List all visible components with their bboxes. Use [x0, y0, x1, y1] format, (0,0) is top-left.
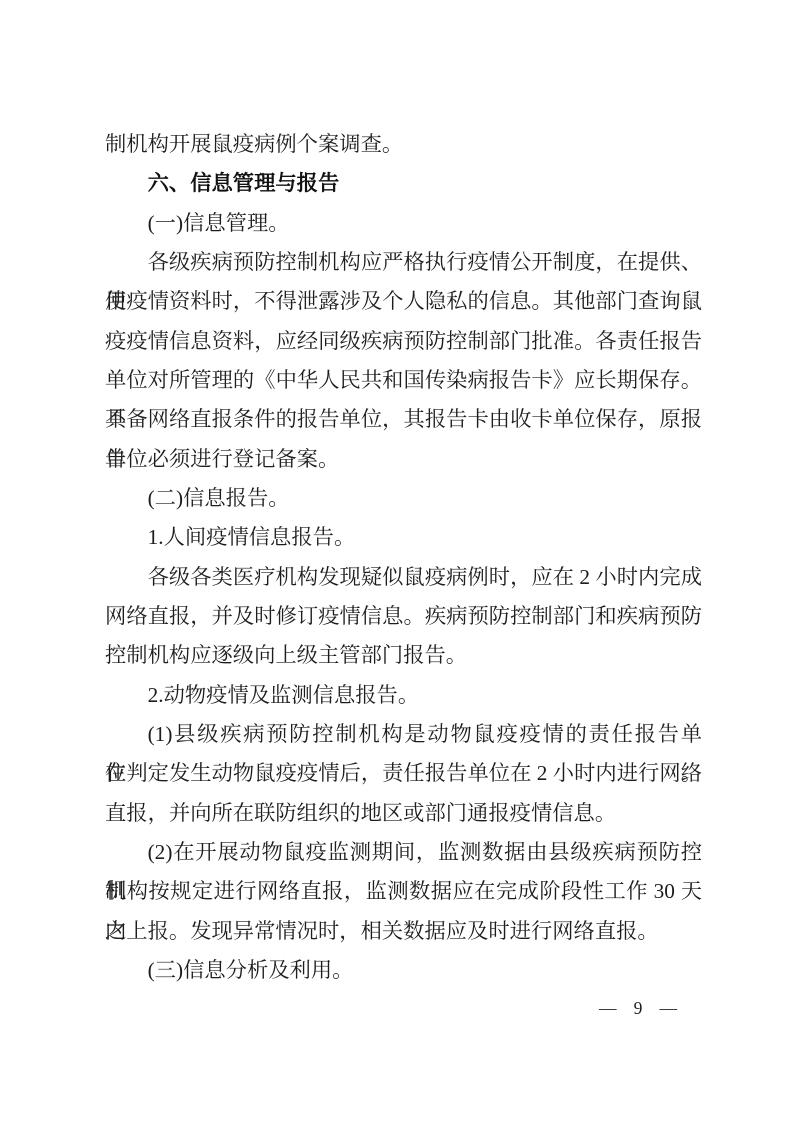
text-line: (2)在开展动物鼠疫监测期间，监测数据由县级疾病预防控制: [105, 833, 702, 872]
text-line: 2.动物疫情及监测信息报告。: [105, 676, 702, 715]
text-line: 具备网络直报条件的报告单位，其报告卡由收卡单位保存，原报告: [105, 400, 702, 439]
text-line: (一)信息管理。: [105, 204, 702, 243]
text-line: 单位对所管理的《中华人民共和国传染病报告卡》应长期保存。不: [105, 361, 702, 400]
text-line: 1.人间疫情信息报告。: [105, 518, 702, 557]
text-line: 用疫情资料时，不得泄露涉及个人隐私的信息。其他部门查询鼠: [105, 282, 702, 321]
text-line: 机构按规定进行网络直报，监测数据应在完成阶段性工作 30 天之: [105, 872, 702, 911]
text-line: 各级疾病预防控制机构应严格执行疫情公开制度，在提供、使: [105, 243, 702, 282]
section-heading: 六、信息管理与报告: [105, 164, 702, 203]
document-page: 制机构开展鼠疫病例个案调查。六、信息管理与报告(一)信息管理。各级疾病预防控制机…: [0, 0, 794, 1123]
text-line: 网络直报，并及时修订疫情信息。疾病预防控制部门和疾病预防: [105, 597, 702, 636]
text-line: 在判定发生动物鼠疫疫情后，责任报告单位在 2 小时内进行网络: [105, 754, 702, 793]
page-number: 9: [634, 998, 643, 1019]
text-line: 直报，并向所在联防组织的地区或部门通报疫情信息。: [105, 794, 702, 833]
text-line: 内上报。发现异常情况时，相关数据应及时进行网络直报。: [105, 912, 702, 951]
text-line: (三)信息分析及利用。: [105, 951, 702, 990]
document-body: 制机构开展鼠疫病例个案调查。六、信息管理与报告(一)信息管理。各级疾病预防控制机…: [105, 125, 702, 990]
text-line: 制机构开展鼠疫病例个案调查。: [105, 125, 702, 164]
footer-dash-left: —: [599, 998, 617, 1019]
text-line: 疫疫情信息资料，应经同级疾病预防控制部门批准。各责任报告: [105, 322, 702, 361]
text-line: 控制机构应逐级向上级主管部门报告。: [105, 636, 702, 675]
text-line: 各级各类医疗机构发现疑似鼠疫病例时，应在 2 小时内完成: [105, 558, 702, 597]
footer-dash-right: —: [660, 998, 678, 1019]
text-line: 单位必须进行登记备案。: [105, 440, 702, 479]
text-line: (二)信息报告。: [105, 479, 702, 518]
text-line: (1)县级疾病预防控制机构是动物鼠疫疫情的责任报告单位。: [105, 715, 702, 754]
page-footer: — 9 —: [599, 998, 677, 1019]
